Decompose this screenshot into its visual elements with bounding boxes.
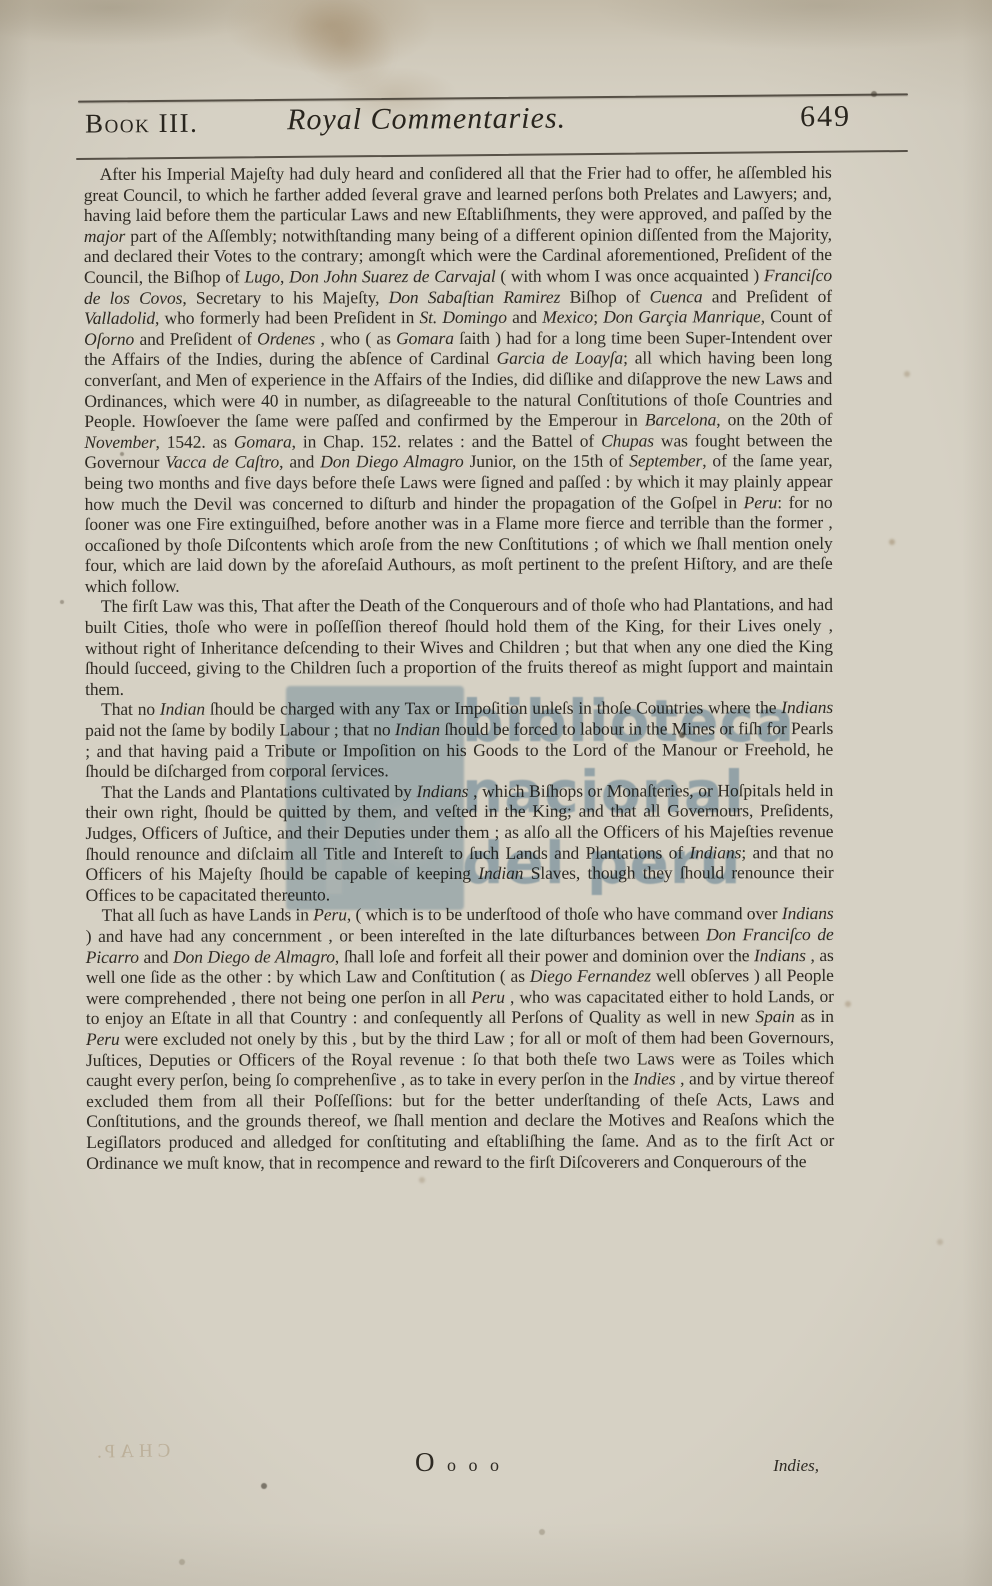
paragraph: The firſt Law was this, That after the D… <box>85 594 833 699</box>
signature-mark: O o o o <box>415 1447 503 1478</box>
paragraph: That no Indian ſhould be charged with an… <box>85 697 833 781</box>
fox-spots <box>0 0 4 4</box>
paragraph: That the Lands and Plantations cultivate… <box>85 780 833 906</box>
book-label: Book III. <box>85 108 198 140</box>
catchword: Indies, <box>773 1456 833 1476</box>
book-page: Book III. Royal Commentaries. 649 After … <box>0 0 992 1586</box>
header-rule-bottom <box>76 150 908 160</box>
body-text: After his Imperial Majeſty had duly hear… <box>84 162 835 1173</box>
footer-line: O o o o Indies, <box>85 1447 833 1478</box>
show-through-text: CHAP. <box>92 1440 171 1463</box>
paragraph: After his Imperial Majeſty had duly hear… <box>84 162 833 596</box>
page-number: 649 <box>800 100 851 134</box>
running-title: Royal Commentaries. <box>287 102 566 138</box>
paragraph: That all ſuch as have Lands in Peru, ( w… <box>86 903 835 1173</box>
